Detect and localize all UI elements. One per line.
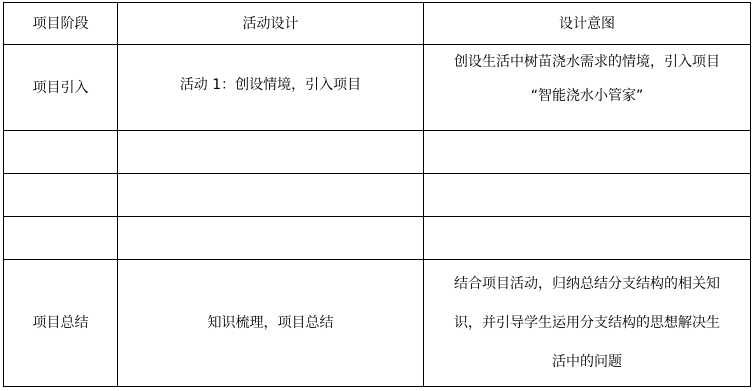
stage-cell: 项目总结 [4, 260, 118, 387]
stage-cell: 项目引入 [4, 45, 118, 131]
intent-line: 创设生活中树苗浇水需求的情境，引入项目 [430, 45, 744, 79]
stage-cell [4, 131, 118, 174]
intent-cell: 创设生活中树苗浇水需求的情境，引入项目 “智能浇水小管家” [424, 45, 751, 131]
table-row: 项目总结 知识梳理，项目总结 结合项目活动，归纳总结分支结构的相关知 识，并引导… [4, 260, 751, 387]
header-stage: 项目阶段 [4, 3, 118, 45]
intent-line: 识，并引导学生运用分支结构的思想解决生 [430, 304, 744, 343]
activity-cell: 活动 1：创设情境，引入项目 [118, 45, 424, 131]
stage-cell [4, 217, 118, 260]
activity-cell [118, 131, 424, 174]
header-row: 项目阶段 活动设计 设计意图 [4, 3, 751, 45]
activity-cell [118, 217, 424, 260]
intent-cell [424, 131, 751, 174]
intent-line: 活中的问题 [430, 343, 744, 382]
intent-cell [424, 217, 751, 260]
header-intent: 设计意图 [424, 3, 751, 45]
activity-cell: 知识梳理，项目总结 [118, 260, 424, 387]
table-row [4, 217, 751, 260]
header-activity: 活动设计 [118, 3, 424, 45]
table-row: 项目引入 活动 1：创设情境，引入项目 创设生活中树苗浇水需求的情境，引入项目 … [4, 45, 751, 131]
intent-line: “智能浇水小管家” [430, 79, 744, 113]
project-plan-table: 项目阶段 活动设计 设计意图 项目引入 活动 1：创设情境，引入项目 创设生活中… [3, 2, 751, 387]
intent-cell: 结合项目活动，归纳总结分支结构的相关知 识，并引导学生运用分支结构的思想解决生 … [424, 260, 751, 387]
activity-cell [118, 174, 424, 217]
table-row [4, 131, 751, 174]
intent-line: 结合项目活动，归纳总结分支结构的相关知 [430, 265, 744, 304]
stage-cell [4, 174, 118, 217]
intent-cell [424, 174, 751, 217]
table-row [4, 174, 751, 217]
